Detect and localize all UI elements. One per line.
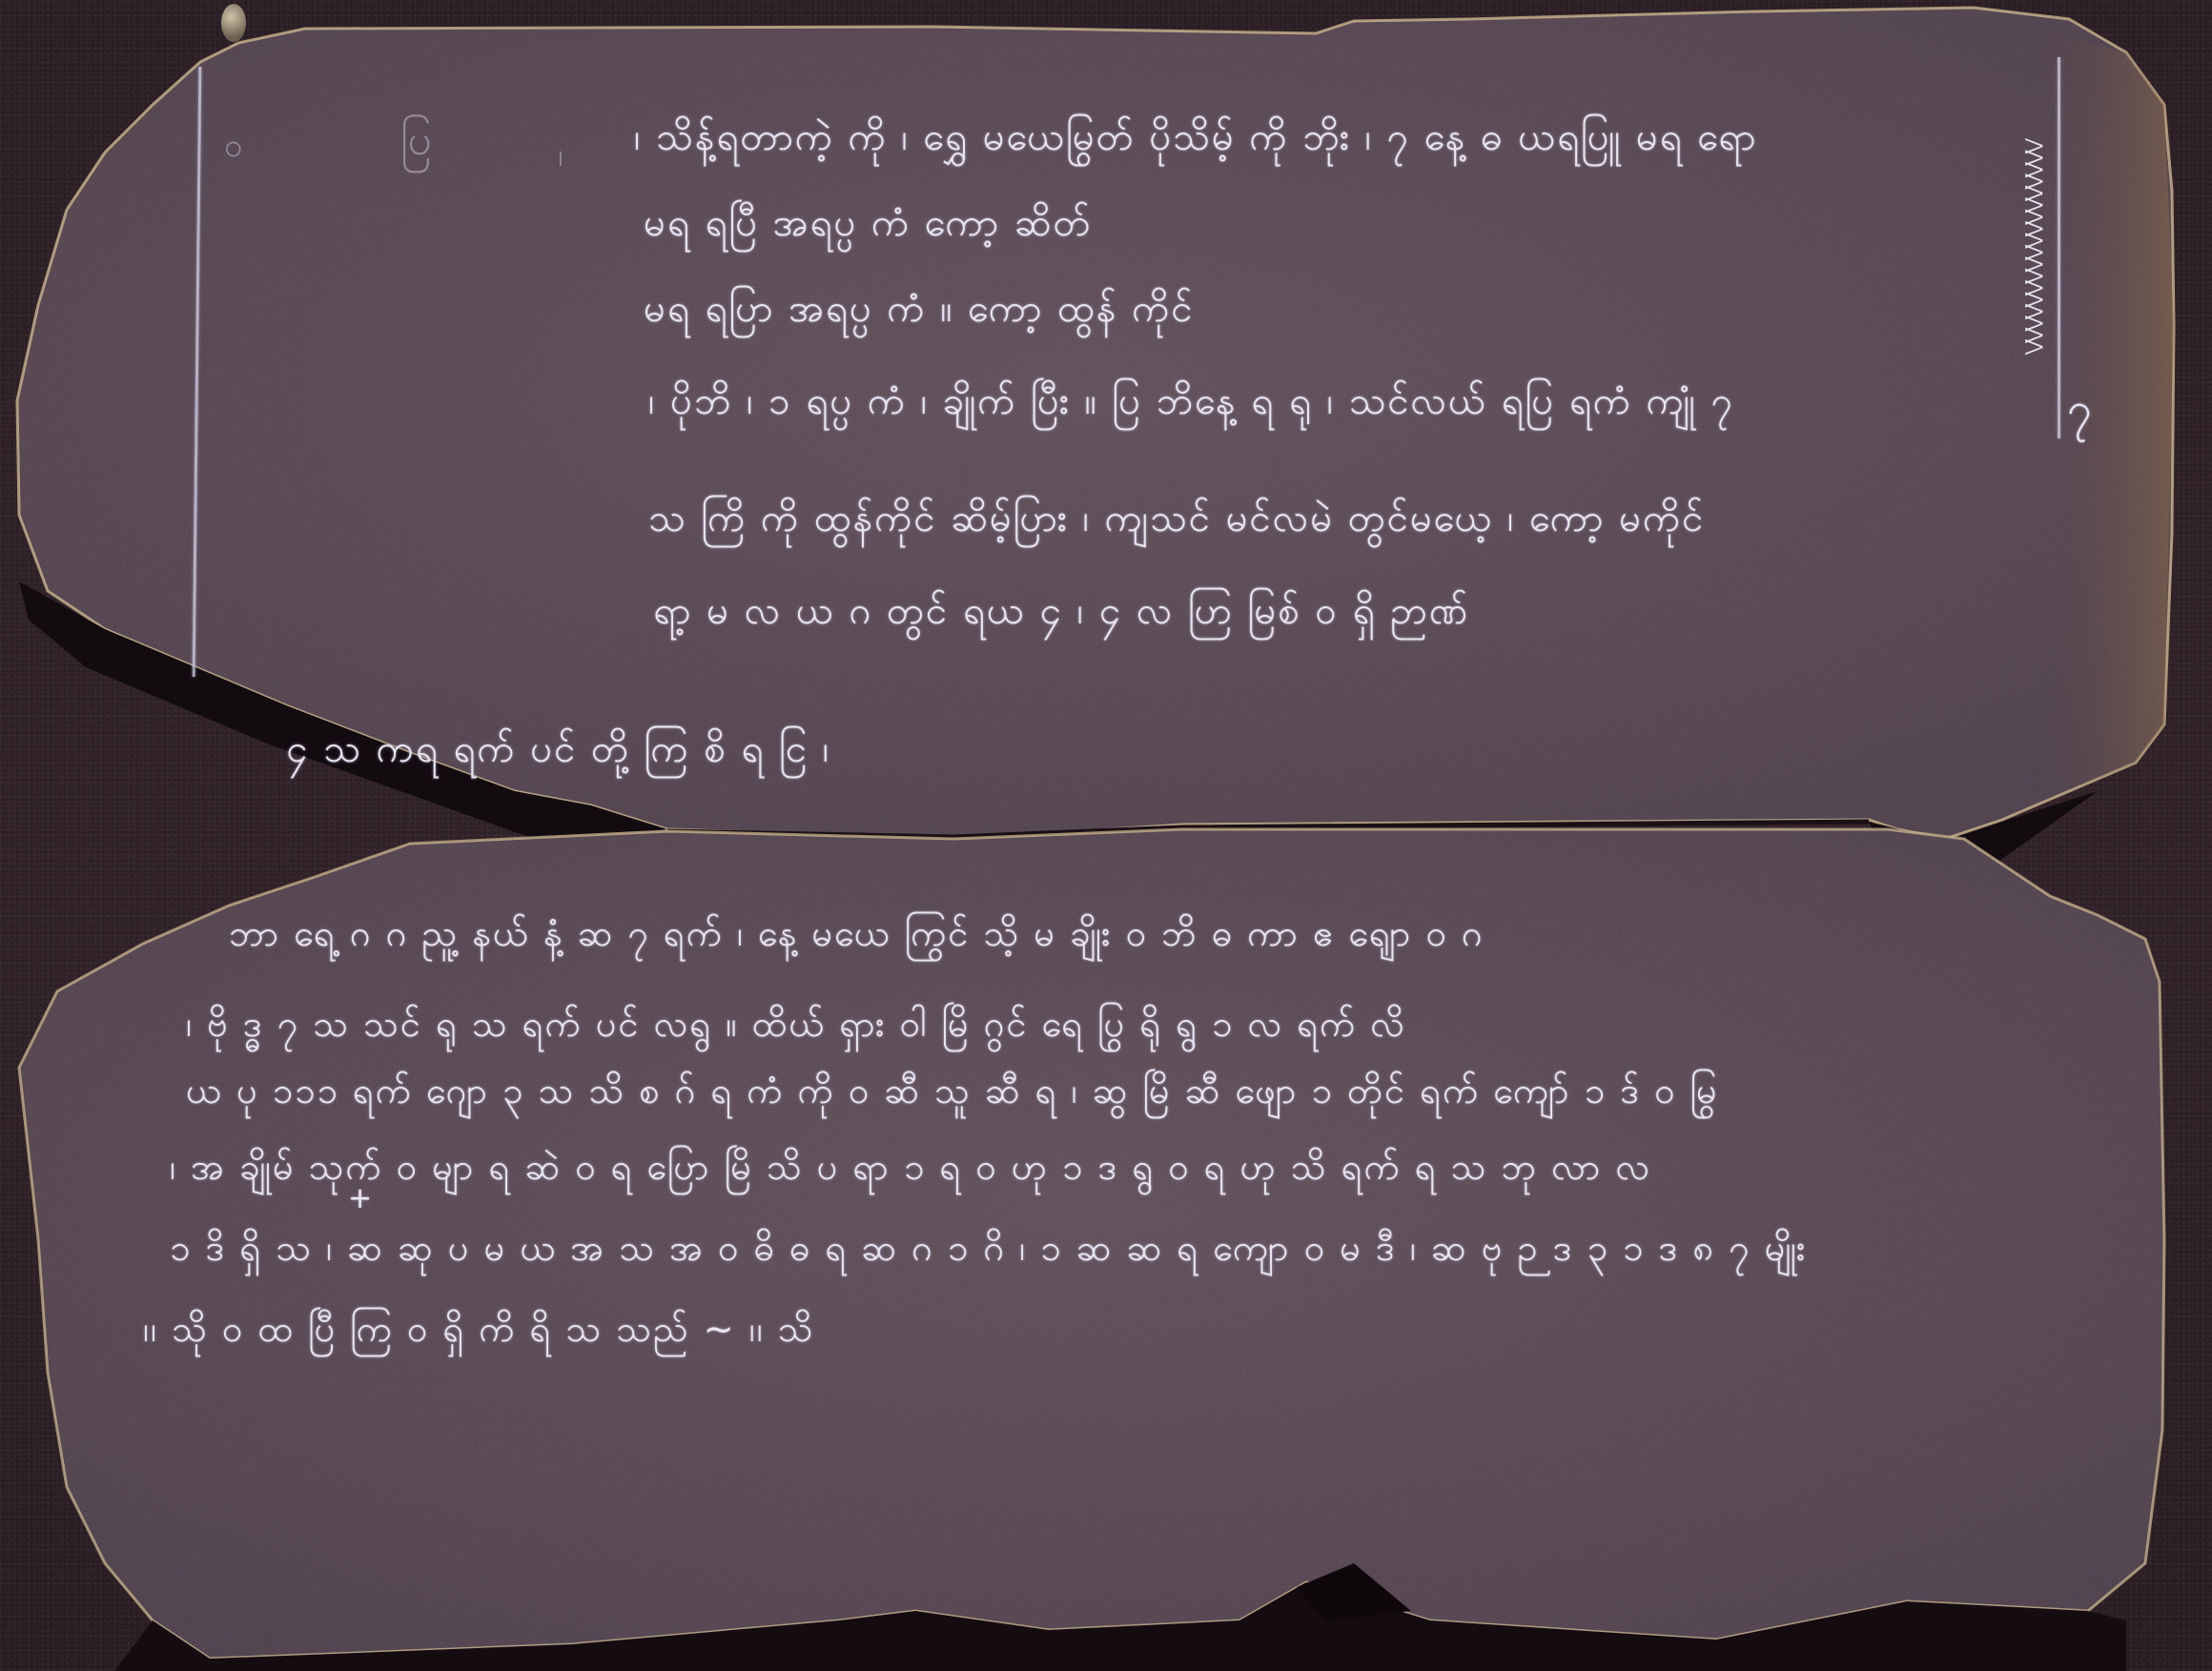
lower-text-line-4: ၊ အ ချိုမ် သုက် ဝ မျာ ရ ဆဲ ဝ ရ ပြော မြိ … [170,1144,1651,1197]
upper-text-line-7: ၄ သ ကရ ရက် ပင် တို့ ကြ စိ ရ ငြ ၊ [286,724,830,781]
margin-note: ပြ [400,114,433,175]
right-margin-rule [2058,57,2060,438]
upper-text-line-4: ၊ ပိုဘိ ၊ ၁ ရပ္ပ ကံ ၊ ချိုက် ပြီး ။ ပြ ဘ… [648,377,1734,433]
lower-text-line-2: ၊ ဗို ဒ္ဓ ၇ သ သင် ရု သ ရက် ပင် လရွ ။ ထိယ… [186,1001,1406,1054]
upper-text-line-3: မရ ရပြာ အရပ္ပ ကံ ။ ကော့ ထွန် ကိုင် [644,284,1195,340]
upper-text-line-6: ရာ့ မ လ ယ ဂ တွင် ရယ ၄ ၊ ၄ လ ဟြ မြစ် ဝ ရှ… [653,586,1469,642]
lower-text-line-5: ၁ ဒိ ရှိ သ ၊ ဆ ဆု ပ မ ယ အ သ အ ဝ ဓိ ဓ ရ ဆ… [170,1225,1807,1278]
margin-note: ၊ [558,133,564,182]
lower-text-line-1: ဘာ ရေ့ ဂ ဂ ညူ့ နယ် နံ့ ဆ ၇ ရက် ၊ နေ့ မယေ… [229,910,1485,964]
right-margin-zigzag: ⋀⋀⋀⋀⋀⋀⋀⋀⋀⋀⋀⋀⋀⋀⋀⋀⋀⋀ [2029,138,2042,377]
manuscript-fragments [0,0,2212,1671]
cross-mark: + [348,1182,374,1215]
upper-text-line-1: ၊ သိန့်ရတာကဲ့ ကို ၊ ရွှေ မယေမြွတ် ပိုသိမ… [634,112,1757,169]
margin-note: ဝ [224,124,244,173]
right-margin-mark: ၇ [2067,381,2094,445]
upper-text-line-5: သ ကြိ ကို ထွန်ကိုင် ဆိမ့်ပြား ၊ ကျသင် မင… [648,494,1705,550]
lower-text-line-6: ၊၊ သို ဝ ထ ပြီ ကြ ဝ ရှိ ကိ ရိ သ သည် ~ ၊၊… [143,1306,815,1359]
lower-text-line-3: ယ ပု ၁၁၁ ရက် ဂျော ၃ သ သိ စ ဂ် ရ ကံ ကို ဝ… [186,1068,1719,1121]
upper-text-line-2: မရ ရပြီ အရပ္ပ ကံ ကော့ ဆိတ် [644,198,1092,255]
